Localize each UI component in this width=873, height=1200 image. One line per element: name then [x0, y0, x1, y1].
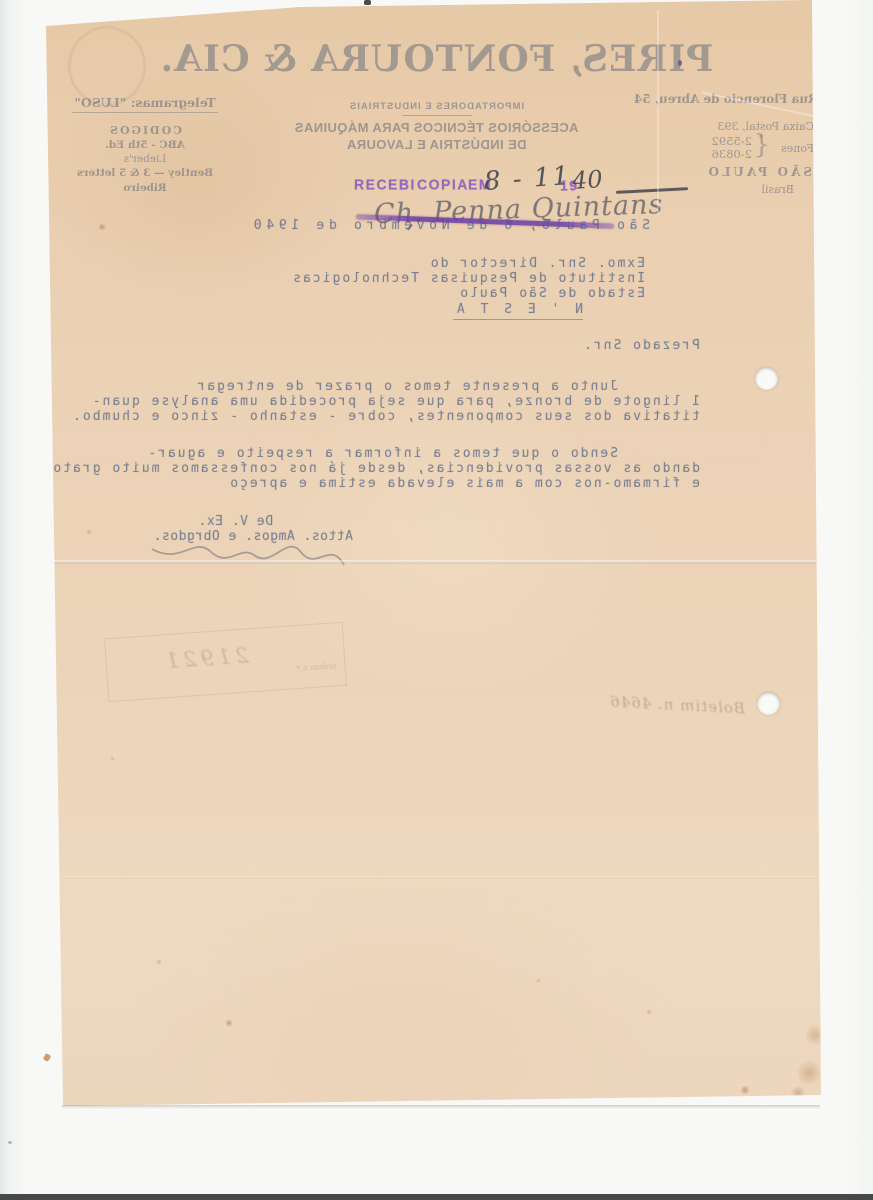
recipient-line-1: Exmo. Snr. Director do	[429, 256, 645, 271]
closing-intro: De V. Ex.	[198, 514, 273, 529]
letterhead-rule	[402, 115, 472, 116]
para2-line2: dando as vossas providencias, desde já n…	[42, 461, 700, 476]
code-ribeiro: Ribeiro	[50, 182, 240, 194]
purple-ink-speck	[678, 60, 682, 66]
address-phone1: 2-5592	[712, 134, 752, 148]
salutation: Prezado Snr.	[582, 338, 700, 353]
para2-line3: e firmamo-nos com a mais elevada estima …	[228, 476, 700, 491]
pencil-note: Boletim n. 4646	[609, 692, 746, 717]
recipient-city: N ' E S T A	[453, 302, 583, 320]
paper-edge-shadow	[62, 1105, 820, 1109]
code-liebers: Lieber's	[50, 153, 240, 165]
codes-title: CODIGOS	[50, 124, 240, 137]
recipient-line-2: Instituto de Pesquisas Technologicas	[291, 271, 645, 286]
scanner-bottom-edge	[0, 1194, 873, 1200]
scanner-speck-top	[364, 0, 371, 5]
address-phones-label: Fones	[781, 142, 814, 155]
scanned-letter-page: PIRES, FONTOURA & CIA. IMPORTADORES E IN…	[0, 0, 873, 1200]
telegrams-label-text: Telegramas: "LUSO"	[72, 95, 217, 113]
address-street: Rua Florencio de Abreu, 54	[634, 92, 818, 106]
address-phones-brace: {	[753, 130, 770, 160]
para1-line3: titativa dos seus componentes, cobre - e…	[71, 409, 700, 424]
recipient-line-3: Estado de São Paulo	[458, 286, 645, 301]
received-stamp-word1: RECEBI	[354, 175, 416, 192]
address-country: Brasil	[761, 183, 794, 196]
code-bentley: Bentley — 3 & 5 letters	[50, 167, 240, 179]
paper-sheet: PIRES, FONTOURA & CIA. IMPORTADORES E IN…	[0, 0, 873, 1200]
order-stamp-box: ordem n.º 21921	[104, 622, 347, 703]
company-name: PIRES, FONTOURA & CIA.	[45, 38, 828, 80]
scanner-speck-bottomleft	[8, 1141, 12, 1144]
punch-hole-top	[755, 367, 778, 390]
code-abc: ABC - 5th Ed.	[50, 139, 240, 151]
address-phone2: 2-0836	[712, 147, 752, 161]
telegrams-label: Telegramas: "LUSO"	[50, 95, 240, 113]
para1-line2: 1 lingote de bronze, para que seja proce…	[91, 394, 700, 409]
para2-line1: Sendo o que temos a informar a respeito …	[146, 446, 700, 461]
para1-line1: Junto a presente temos o prazer de entre…	[195, 379, 700, 394]
order-stamp-label: ordem n.º	[296, 661, 337, 673]
show-through-mirrored-layer: PIRES, FONTOURA & CIA. IMPORTADORES E IN…	[45, 8, 828, 1103]
company-signature-squiggle	[142, 535, 352, 577]
order-stamp-number: 21921	[161, 643, 249, 673]
address-city: SÃO PAULO	[706, 165, 812, 179]
foxing-spot	[824, 58, 830, 64]
punch-hole-bottom	[757, 692, 780, 715]
received-stamp-word2: COPIA	[417, 175, 469, 192]
scanner-speck-left	[43, 1053, 52, 1062]
